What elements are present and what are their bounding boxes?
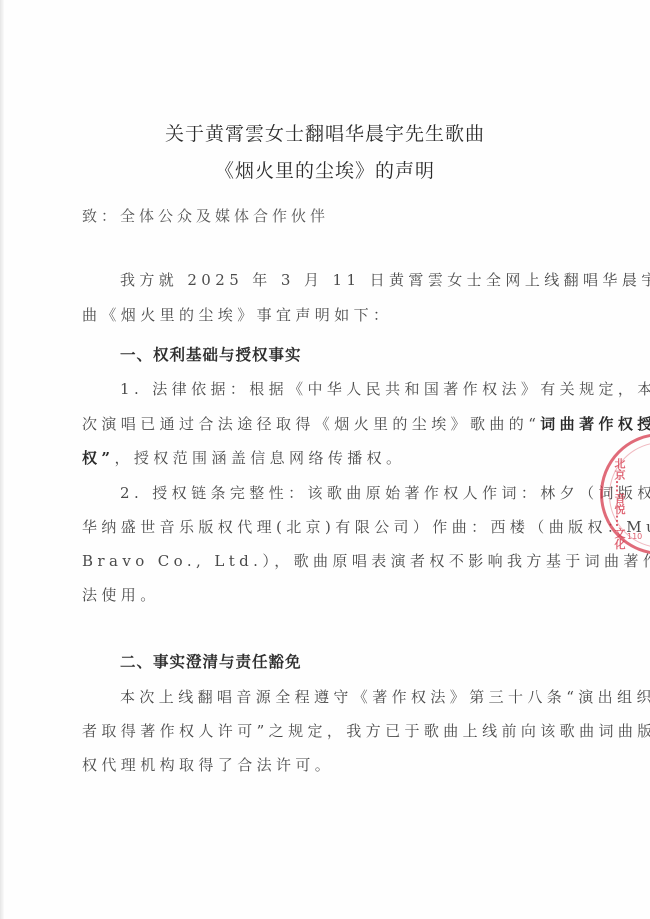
section1-item1-line2: 次演唱已通过合法途径取得《烟火里的尘埃》歌曲的“词曲著作权授 [82,414,562,434]
item1-line3-bold: 权” [82,449,114,467]
section2-heading: 二、事实澄清与责任豁免 [120,650,302,672]
company-seal-stamp: 北京...音悦...文化 110 [600,433,650,555]
section1-item2-line1: 2. 授权链条完整性：该歌曲原始著作权人作词：林夕（词版权： [120,483,600,503]
item1-line3-normal: ，授权范围涵盖信息网络传播权。 [114,449,405,467]
section1-item2-line3: Bravo Co., Ltd.），歌曲原唱表演者权不影响我方基于词曲著作权的合 [82,551,562,571]
section1-heading: 一、权利基础与授权事实 [120,343,302,365]
item1-line2-bold: 词曲著作权授 [540,415,650,433]
intro-line1: 我方就 2025 年 3 月 11 日黄霄雲女士全网上线翻唱华晨宇先生歌 [120,270,600,290]
document-title-line2: 《烟火里的尘埃》的声明 [0,156,650,183]
item1-line2-normal: 次演唱已通过合法途径取得《烟火里的尘埃》歌曲的“ [82,415,540,433]
intro-line2: 曲《烟火里的尘埃》事宜声明如下： [82,305,562,325]
section1-item2-line2: 华纳盛世音乐版权代理(北京)有限公司）作曲：西楼（曲版权：Music [82,517,562,537]
section1-item1-line1: 1. 法律依据：根据《中华人民共和国著作权法》有关规定，本 [120,379,600,399]
section1-item1-line3: 权”，授权范围涵盖信息网络传播权。 [82,448,562,468]
section2-line2: 者取得著作权人许可”之规定，我方已于歌曲上线前向该歌曲词曲版 [82,721,562,741]
document-page: 关于黄霄雲女士翻唱华晨宇先生歌曲 《烟火里的尘埃》的声明 致：全体公众及媒体合作… [0,0,650,919]
seal-number: 110 [627,532,642,541]
section1-item2-line4: 法使用。 [82,585,562,605]
section2-line3: 权代理机构取得了合法许可。 [82,755,562,775]
seal-text: 北京...音悦...文化 [611,458,627,549]
document-title-line1: 关于黄霄雲女士翻唱华晨宇先生歌曲 [0,119,650,146]
section2-line1: 本次上线翻唱音源全程遵守《著作权法》第三十八条“演出组织 [120,687,600,707]
addressee: 致：全体公众及媒体合作伙伴 [82,205,329,226]
